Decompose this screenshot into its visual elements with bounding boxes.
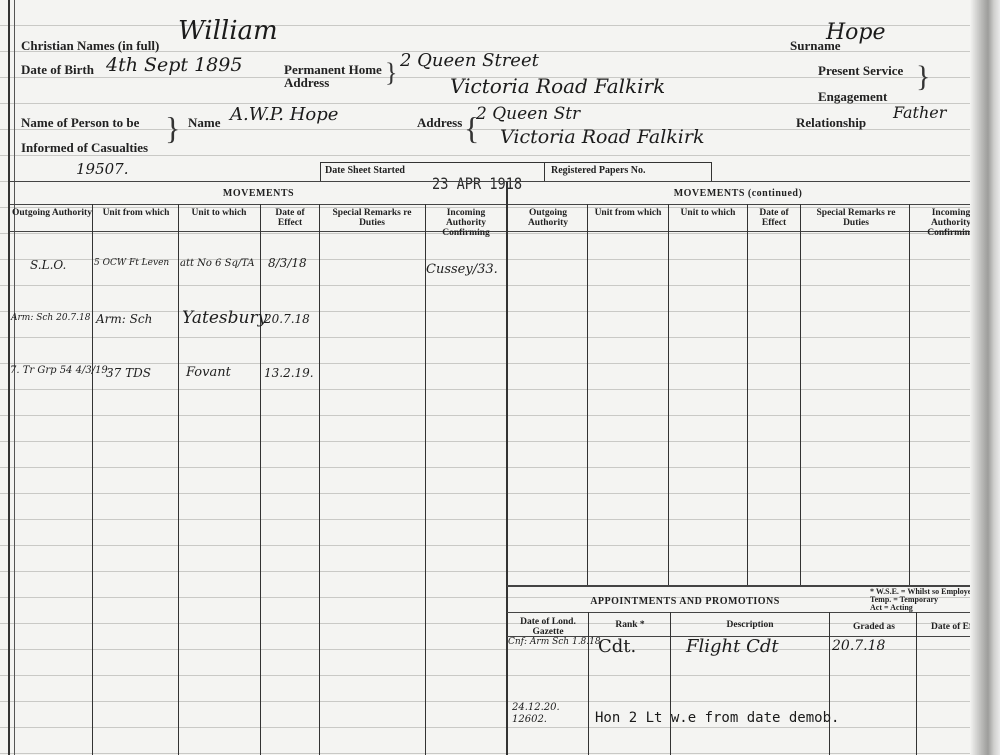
relationship-label: Relationship: [796, 115, 866, 131]
cell-from: 37 TDS: [106, 366, 151, 380]
service-record-sheet: Christian Names (in full) William Surnam…: [0, 0, 1000, 755]
divider: [178, 204, 179, 755]
divider: [829, 612, 830, 755]
cell-from: Arm: Sch: [96, 312, 152, 326]
brace: }: [165, 112, 180, 144]
divider: [319, 204, 320, 755]
christian-names-label: Christian Names (in full): [21, 38, 159, 54]
name-label: Name: [188, 115, 221, 131]
engagement-label: Engagement: [818, 89, 887, 105]
brace: }: [916, 62, 930, 92]
col-outgoing-authority-cont: Outgoing Authority: [510, 208, 586, 228]
divider: [670, 612, 671, 755]
cell-date: 20.7.18: [264, 312, 310, 326]
service-number: 19507.: [76, 160, 129, 178]
divider: [668, 204, 669, 585]
divider: [909, 204, 910, 585]
cell-description-typed: Hon 2 Lt w.e from date demob.: [595, 710, 839, 726]
divider: [916, 612, 917, 755]
divider: [587, 204, 588, 585]
name-value: A.W.P. Hope: [230, 104, 338, 125]
perm-home-label-2: Address: [284, 75, 329, 91]
address-line1: 2 Queen Str: [476, 104, 580, 124]
col-rank: Rank *: [592, 620, 668, 630]
divider: [507, 612, 970, 613]
cell-rank: Cdt.: [598, 636, 636, 657]
legend-act: Act = Acting: [870, 604, 913, 612]
address-line2: Victoria Road Falkirk: [500, 126, 704, 148]
cell-gazette-date: Cnf: Arm Sch 1.8.18: [508, 637, 601, 647]
col-special-remarks-cont: Special Remarks re Duties: [804, 208, 908, 228]
col-unit-to-cont: Unit to which: [670, 208, 746, 218]
divider: [10, 181, 970, 182]
cell-to: Fovant: [186, 365, 231, 380]
col-gazette-date: Date of Lond. Gazette: [510, 617, 586, 637]
cell-graded-as: 20.7.18: [832, 638, 885, 654]
cell-outgoing: S.L.O.: [30, 258, 66, 272]
col-graded-as: Graded as: [832, 622, 916, 632]
divider: [260, 204, 261, 755]
cell-outgoing: Arm: Sch 20.7.18: [11, 313, 90, 323]
present-service-label: Present Service: [818, 63, 903, 79]
cell-description: Flight Cdt: [686, 636, 779, 657]
dob-label: Date of Birth: [21, 62, 94, 78]
cell-incoming: Cussey/33.: [426, 262, 498, 277]
divider: [800, 204, 801, 585]
address-label: Address: [417, 115, 462, 131]
date-sheet-started-label: Date Sheet Started: [325, 165, 405, 176]
casualty-contact-label-2: Informed of Casualties: [21, 140, 148, 156]
col-special-remarks: Special Remarks re Duties: [326, 208, 418, 228]
cell-date: 8/3/18: [268, 256, 307, 270]
cell-to: Yatesbury: [182, 308, 267, 328]
col-unit-to: Unit to which: [186, 208, 252, 218]
cell-date: 13.2.19.: [264, 366, 314, 380]
cell-to: att No 6 Sq/TA: [180, 258, 255, 269]
cell-outgoing: 7. Tr Grp 54 4/3/19.: [10, 365, 111, 376]
col-incoming-authority: Incoming Authority Confirming: [427, 208, 505, 238]
divider: [588, 612, 589, 755]
col-description: Description: [672, 620, 828, 630]
col-outgoing-authority: Outgoing Authority: [12, 208, 92, 218]
col-unit-from-cont: Unit from which: [590, 208, 666, 218]
divider: [506, 181, 508, 755]
binding-edge: [8, 0, 15, 755]
cell-gazette-date: 24.12.20. 12602.: [512, 702, 572, 726]
cell-from: 5 OCW Ft Leven: [94, 258, 169, 268]
col-date-of-effect: Date of Effect: [264, 208, 316, 228]
col-date-of-effect-cont: Date of Effect: [750, 208, 798, 228]
appointments-title: APPOINTMENTS AND PROMOTIONS: [510, 596, 860, 607]
perm-home-line1: 2 Queen Street: [400, 50, 539, 71]
registered-papers-label: Registered Papers No.: [551, 165, 646, 176]
col-unit-from: Unit from which: [100, 208, 172, 218]
divider: [425, 204, 426, 755]
page-edge-shadow: [970, 0, 1000, 755]
movements-continued-title: MOVEMENTS (continued): [508, 188, 968, 199]
surname-value: Hope: [826, 20, 886, 45]
brace: }: [385, 60, 397, 86]
casualty-contact-label: Name of Person to be: [21, 115, 139, 131]
divider: [92, 204, 93, 755]
divider: [747, 204, 748, 585]
christian-names-value: William: [178, 16, 278, 46]
perm-home-line2: Victoria Road Falkirk: [450, 74, 665, 98]
divider: [10, 204, 970, 205]
dob-value: 4th Sept 1895: [106, 54, 242, 76]
movements-title: MOVEMENTS: [10, 188, 507, 199]
divider: [544, 163, 545, 181]
relationship-value: Father: [893, 103, 946, 122]
